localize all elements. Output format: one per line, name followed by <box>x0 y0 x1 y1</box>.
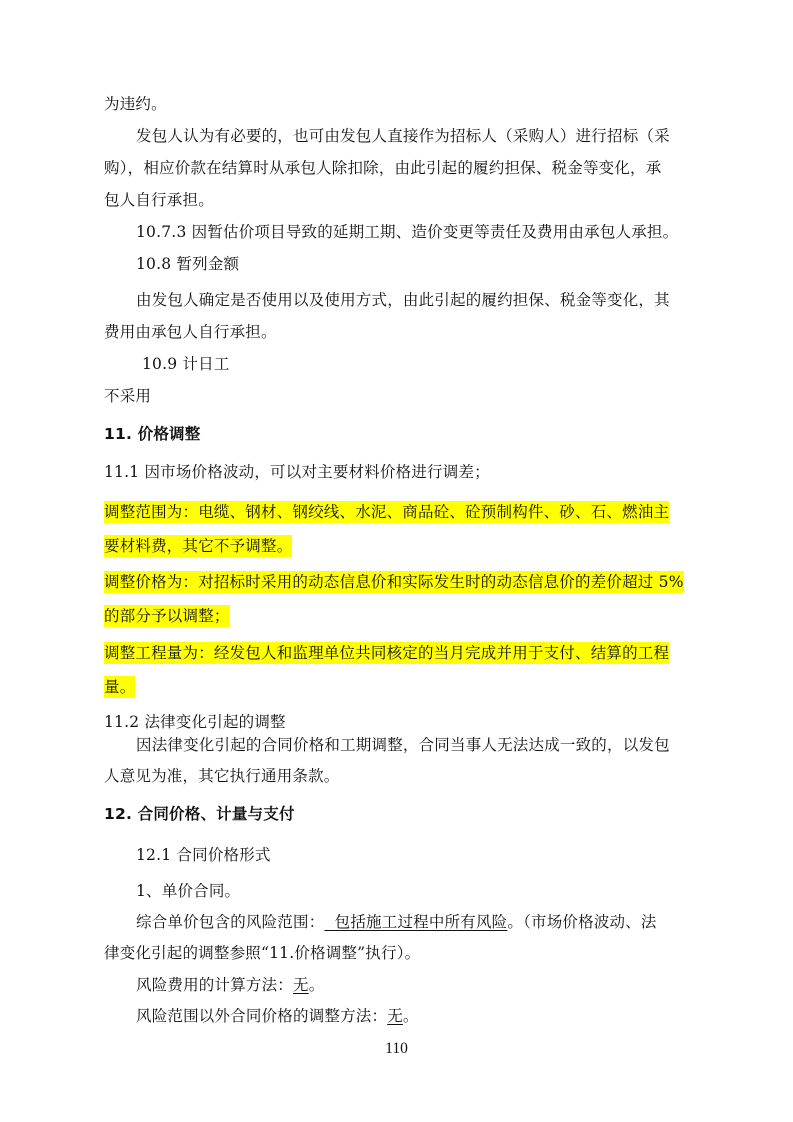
contract-type: 1、单价合同。 <box>136 881 240 901</box>
highlighted-line: 要材料费，其它不予调整。 <box>104 536 292 556</box>
paragraph-line: 为违约。 <box>104 94 167 114</box>
clause-11-2-heading: 11.2 法律变化引起的调整 <box>104 712 286 732</box>
adjust-scope-line2: 要材料费，其它不予调整。 <box>104 535 292 557</box>
highlighted-line: 调整范围为：电缆、钢材、钢绞线、水泥、商品砼、砼预制构件、砂、石、燃油主 <box>104 502 669 522</box>
risk-fee-value: 无 <box>293 976 309 994</box>
risk-fee-label: 风险费用的计算方法： <box>136 976 293 994</box>
adjust-price-line1: 调整价格为：对招标时采用的动态信息价和实际发生时的动态信息价的差价超过 5% <box>104 571 684 593</box>
risk-scope-line: 综合单价包含的风险范围： 包括施工过程中所有风险。（市场价格波动、法 <box>136 912 657 932</box>
risk-fee-line: 风险费用的计算方法：无。 <box>136 975 324 995</box>
risk-scope-suffix: 。（市场价格波动、法 <box>507 913 656 931</box>
paragraph-line: 购），相应价款在结算时从承包人除扣除，由此引起的履约担保、税金等变化，承 <box>104 158 661 178</box>
adjust-price-line2: 的部分予以调整； <box>104 605 230 627</box>
adjust-qty-line1: 调整工程量为：经发包人和监理单位共同核定的当月完成并用于支付、结算的工程 <box>104 642 669 664</box>
section-12-heading: 12. 合同价格、计量与支付 <box>104 804 295 824</box>
paragraph-line: 费用由承包人自行承担。 <box>104 322 277 342</box>
highlighted-line: 调整工程量为：经发包人和监理单位共同核定的当月完成并用于支付、结算的工程 <box>104 643 669 663</box>
page-number: 110 <box>0 1040 793 1058</box>
section-11-heading: 11. 价格调整 <box>104 424 200 444</box>
highlighted-line: 调整价格为：对招标时采用的动态信息价和实际发生时的动态信息价的差价超过 5% <box>104 572 684 592</box>
highlighted-line: 的部分予以调整； <box>104 606 230 626</box>
outside-adjust-label: 风险范围以外合同价格的调整方法： <box>136 1007 387 1025</box>
clause-10-7-3: 10.7.3 因暂估价项目导致的延期工期、造价变更等责任及费用由承包人承担。 <box>136 222 678 242</box>
risk-scope-label: 综合单价包含的风险范围： <box>136 913 324 931</box>
paragraph-line: 人意见为准，其它执行通用条款。 <box>104 766 340 786</box>
outside-adjust-line: 风险范围以外合同价格的调整方法：无。 <box>136 1006 419 1026</box>
adjust-scope-line1: 调整范围为：电缆、钢材、钢绞线、水泥、商品砼、砼预制构件、砂、石、燃油主 <box>104 501 669 523</box>
risk-fee-suffix: 。 <box>309 976 325 994</box>
paragraph-line: 包人自行承担。 <box>104 190 214 210</box>
adjust-qty-line2: 量。 <box>104 676 135 698</box>
paragraph-line: 发包人认为有必要的，也可由发包人直接作为招标人（采购人）进行招标（采 <box>136 126 670 146</box>
highlighted-line: 量。 <box>104 677 135 697</box>
paragraph-line: 由发包人确定是否使用以及使用方式，由此引起的履约担保、税金等变化，其 <box>136 290 670 310</box>
clause-10-8-heading: 10.8 暂列金额 <box>136 254 239 274</box>
outside-adjust-value: 无 <box>387 1007 403 1025</box>
clause-11-1: 11.1 因市场价格波动，可以对主要材料价格进行调差； <box>104 462 490 482</box>
clause-12-1-heading: 12.1 合同价格形式 <box>136 845 271 865</box>
paragraph-line: 律变化引起的调整参照“11.价格调整”执行）。 <box>104 943 420 963</box>
outside-adjust-suffix: 。 <box>403 1007 419 1025</box>
clause-10-9-heading: 10.9 计日工 <box>142 354 230 374</box>
paragraph-line: 不采用 <box>104 386 151 406</box>
paragraph-line: 因法律变化引起的合同价格和工期调整，合同当事人无法达成一致的，以发包 <box>136 735 670 755</box>
risk-scope-value: 包括施工过程中所有风险 <box>324 913 507 931</box>
